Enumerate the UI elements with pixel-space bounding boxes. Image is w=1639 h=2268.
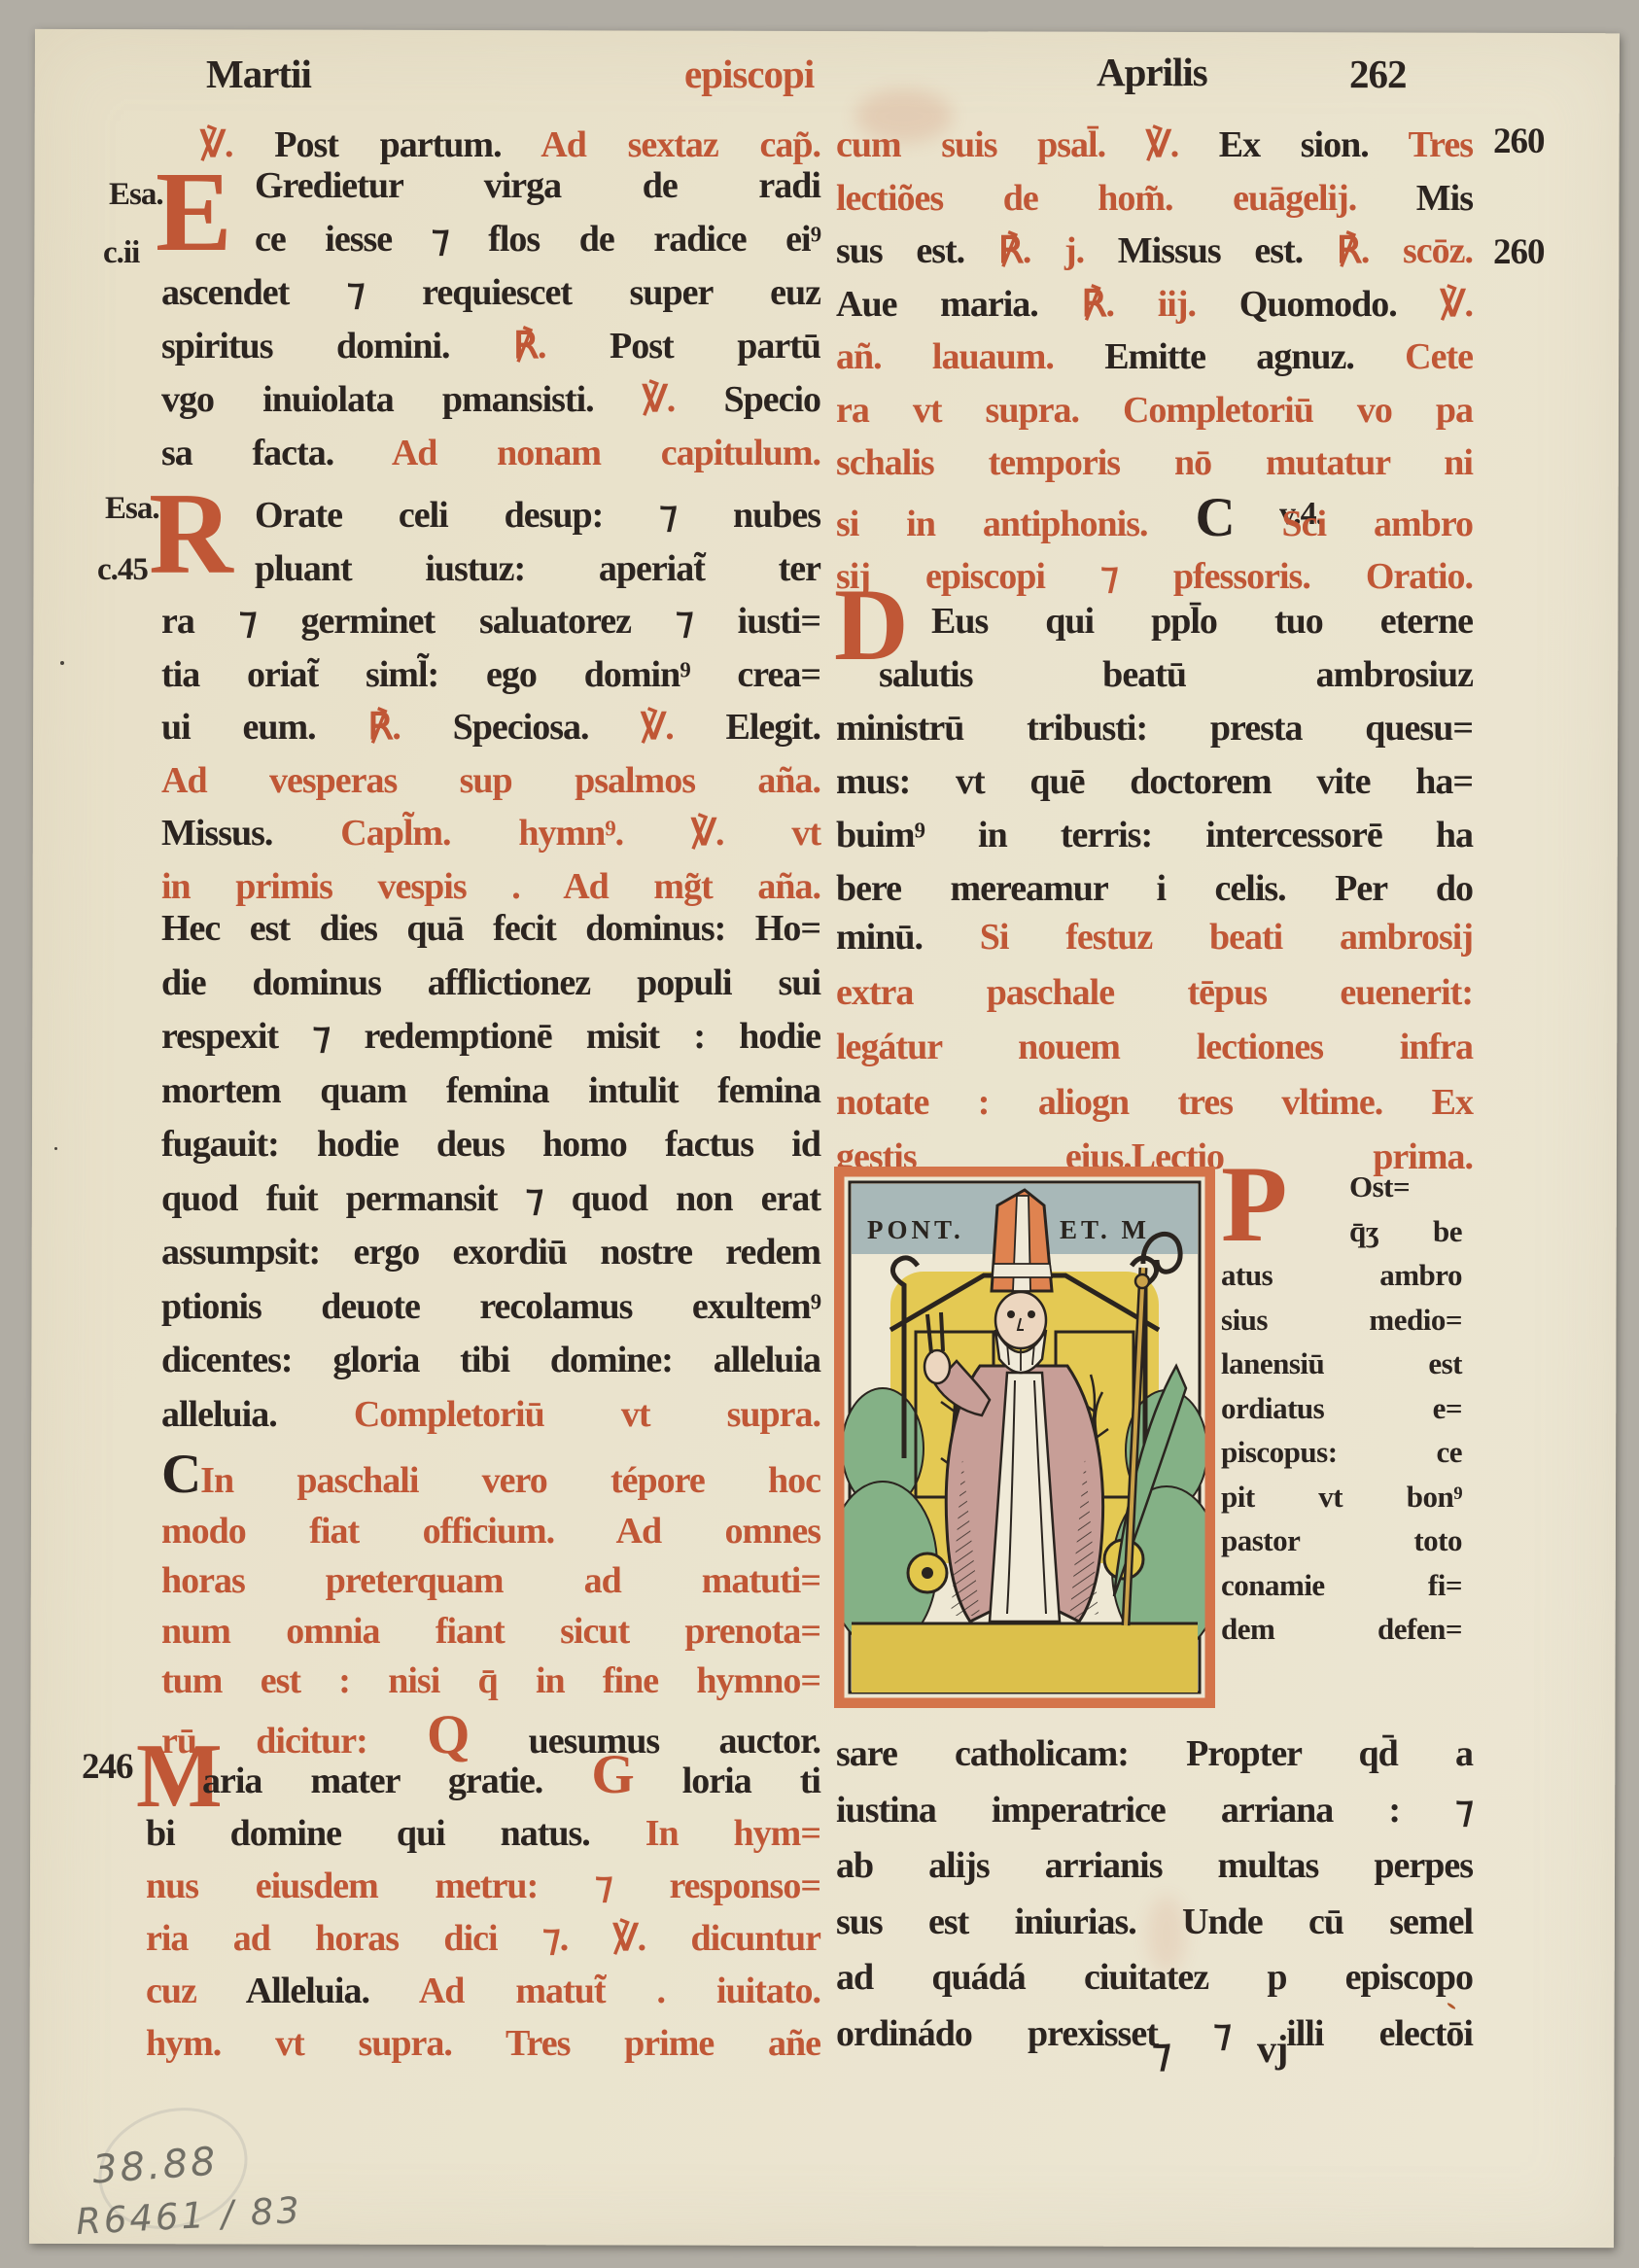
signature-mark: vj [1257,2026,1287,2072]
header-month-left: Martii [206,51,311,97]
text-segment: Emitte agnuz. [1104,336,1405,377]
text-line: buim⁹ in terris: intercessorē ha [836,809,1473,862]
text-segment: Ad matut̃ . iuitato. [419,1971,820,2011]
text-segment: loria ti [634,1761,820,1801]
text-line: Ad vesperas sup psalmos aña. [161,754,820,808]
text-segment: Missus est. [1118,230,1337,271]
text-segment: mortem quam femina intulit femina [161,1070,820,1111]
text-segment: lanensiū est [1221,1346,1462,1380]
woodcut-caption-left: PONT. [867,1215,964,1244]
text-line: schalis temporis nō mutatur ni [836,436,1473,490]
text-line: aria mater gratie. G loria ti [146,1747,820,1807]
text-segment: Sci ambro [1235,504,1473,544]
text-segment: minū. [836,917,980,958]
text-segment: In hym= [645,1813,820,1854]
text-segment: schalis temporis nō mutatur ni [836,442,1473,483]
text-line: atus ambro [1221,1253,1462,1298]
text-segment: Hec est dies quā fecit dominus: Ho= [161,908,820,949]
text-segment: sius medio= [1221,1303,1462,1337]
folio-number: 262 [1349,51,1407,97]
text-segment: extra paschale tēpus euenerit: [836,972,1473,1013]
text-segment: Speciosa. [453,707,642,748]
right-column-rubrics: cum suis psal̄. ℣. Ex sion. Treslectiões… [836,119,1473,604]
text-line: Gredietur virga de radi [161,159,820,213]
text-line: pastor toto [1221,1518,1462,1563]
text-line: alleluia. Completoriū vt supra. [161,1388,820,1443]
text-segment: q̄ʒ be [1349,1214,1462,1248]
text-segment: mus: vt quē doctorem vite ha= [836,761,1473,802]
right-column-below-woodcut: sare catholicam: Propter qd̄ aiustina im… [836,1727,1473,2062]
text-segment: Quomodo. [1239,284,1441,325]
text-segment: notate : aliogn tres vltime. Ex [836,1082,1473,1123]
text-segment: cuz [146,1971,246,2011]
text-line: dicentes: gloria tibi domine: alleluia [161,1334,820,1388]
text-segment: lectiões de hom̃. euāgelij. [836,178,1416,219]
text-line: fugauit: hodie deus homo factus id [161,1118,820,1172]
text-line: ministrū tribusti: presta quesu= [836,702,1473,755]
text-segment: ministrū tribusti: presta quesu= [836,708,1473,749]
text-segment: ab alijs arrianis multas perpes [836,1845,1473,1886]
text-line: Hec est dies quā fecit dominus: Ho= [161,902,820,957]
text-line: sa facta. Ad nonam capitulum. [161,427,820,480]
text-line: si in antiphonis. C Sci ambro [836,490,1473,551]
text-line: num omnia fiant sicut prenota= [161,1607,820,1657]
text-line: Missus. Capl̃m. hymn⁹. ℣. vt [161,807,820,860]
text-line: CIn paschali vero tépore hoc [161,1447,820,1507]
left-column-rorate: Orate celi desup: ⁊ nubespluant iustuz: … [161,489,820,913]
text-line: horas preterquam ad matuti= [161,1556,820,1607]
text-segment: Aue maria. [836,284,1082,325]
text-segment: piscopus: ce [1221,1435,1462,1469]
text-line: tum est : nisi q̄ in fine hymno= [161,1657,820,1707]
scanned-breviary-leaf: { "page": { "background_color": "#b1ada4… [0,0,1639,2268]
right-column-oratio: Eus qui ppl̄o tuo eternesalutis beatū am… [836,595,1473,916]
text-segment: assumpsit: ergo exordiū nostre redem [161,1232,820,1273]
text-segment: Ad nonam capitulum. [392,433,820,473]
text-segment: ℣. [1441,284,1474,325]
text-line: ce iesse ⁊ flos de radice ei⁹ [161,213,820,266]
text-segment: quod fuit permansit ⁊ quod non erat [161,1178,820,1219]
text-segment: Alleluia. [246,1971,419,2011]
text-segment: pastor toto [1221,1523,1462,1557]
text-line: lanensiū est [1221,1342,1462,1386]
text-line: añ. lauaum. Emitte agnuz. Cete [836,331,1473,384]
text-segment: sus est. [836,230,998,271]
text-segment: Eus qui ppl̄o tuo eterne [931,601,1473,642]
text-segment: Si festuz beati ambrosij [980,917,1473,958]
woodcut-blessing-hand [924,1350,950,1383]
signature-tironian-et: ⁊ [1152,2030,1170,2076]
ink-smudge [855,89,953,143]
text-segment: respexit ⁊ redemptionē misit : hodie [161,1016,820,1057]
text-line: bere mereamur i celis. Per do [836,862,1473,916]
text-segment: Capl̃m. hymn⁹. ℣. vt [340,813,820,854]
inline-initial: C [161,1444,200,1505]
text-segment: ℟. scōz. [1337,230,1473,271]
margin-note-chapter-45: c.45 [97,552,148,588]
paper-speck [60,661,64,665]
text-segment: ℣. [641,707,725,748]
text-segment: Cete [1405,336,1473,377]
text-segment: atus ambro [1221,1258,1462,1292]
text-line: sius medio= [1221,1298,1462,1343]
text-segment: sa facta. [161,433,392,473]
text-line: ra vt supra. Completoriū vo pa [836,384,1473,437]
text-segment: Elegit. [726,707,820,748]
text-line: extra paschale tēpus euenerit: [836,965,1473,1021]
text-segment: modo fiat officium. Ad omnes [161,1511,820,1552]
text-segment: legátur nouem lectiones infra [836,1027,1473,1067]
text-line: die dominus afflictionez populi sui [161,957,820,1011]
woodcut-ground [852,1623,1198,1692]
text-line: iustina imperatrice arriana : ⁊ [836,1783,1473,1839]
text-segment: ℟. iij. [1082,284,1239,325]
text-segment: ascendet ⁊ requiescet super euz [161,272,820,313]
text-line: nus eiusdem metru: ⁊ responso= [146,1860,820,1912]
text-segment: die dominus afflictionez populi sui [161,962,820,1003]
text-segment: horas preterquam ad matuti= [161,1560,820,1601]
text-segment: ordiatus e= [1221,1391,1462,1425]
ink-smudge [1147,1896,1186,1973]
inline-initial: C [1195,487,1234,548]
woodcut-caption-right: ET. M [1060,1215,1150,1244]
text-segment: Tres [1409,124,1473,165]
text-line: sus est. ℟. j. Missus est. ℟. scōz. [836,225,1473,278]
text-line: piscopus: ce [1221,1430,1462,1475]
text-line: pit vt bon⁹ [1221,1475,1462,1519]
text-segment: ra vt supra. Completoriū vo pa [836,390,1473,431]
header-month-right: Aprilis [1097,49,1207,95]
text-segment: dem defen= [1221,1612,1462,1646]
left-column-maria-mater: aria mater gratie. G loria tibi domine q… [146,1747,820,2070]
text-segment: vgo inuiolata pmansisti. [161,379,643,420]
text-line: Eus qui ppl̄o tuo eterne [836,595,1473,648]
text-segment: Orate celi desup: ⁊ nubes [255,495,820,536]
text-line: pluant iustuz: aperiat̃ ter [161,542,820,596]
right-column-si-festum: minū. Si festuz beati ambrosijextra pasc… [836,910,1473,1185]
text-line: ria ad horas dici ⁊. ℣. dicuntur [146,1912,820,1965]
text-segment: ptionis deuote recolamus exultem⁹ [161,1286,820,1327]
text-line: lectiões de hom̃. euāgelij. Mis [836,172,1473,226]
text-line: respexit ⁊ redemptionē misit : hodie [161,1010,820,1064]
text-line: ra ⁊ germinet saluatorez ⁊ iusti= [161,595,820,648]
text-line: legátur nouem lectiones infra [836,1020,1473,1075]
text-segment: ℟. j. [998,230,1118,271]
text-segment: Post partū [610,326,820,366]
margin-note-260-a: 260 [1493,121,1545,162]
text-line: Orate celi desup: ⁊ nubes [161,489,820,542]
paper-speck [54,1147,57,1150]
text-line: ab alijs arrianis multas perpes [836,1838,1473,1895]
text-line: Ost= [1221,1165,1462,1209]
text-line: salutis beatū ambrosiuz [836,648,1473,702]
text-line: ui eum. ℟. Speciosa. ℣. Elegit. [161,701,820,754]
text-segment: spiritus domini. [161,326,513,366]
left-column-hec-est-dies: Hec est dies quā fecit dominus: Ho=die d… [161,902,820,1442]
text-segment: ℟. [367,707,452,748]
text-segment: ria ad horas dici ⁊. ℣. dicuntur [146,1918,820,1959]
text-segment: ℣. [643,379,724,420]
right-column-beside-woodcut: Ost=q̄ʒ beatus ambrosius medio=lanensiū … [1221,1165,1462,1652]
text-segment: sij episcopi ⁊ pfessoris. Oratio. [836,556,1473,597]
text-line: vgo inuiolata pmansisti. ℣. Specio [161,373,820,427]
text-line: notate : aliogn tres vltime. Ex [836,1075,1473,1131]
margin-note-246: 246 [82,1746,133,1788]
text-segment: Completoriū vt supra. [354,1394,820,1435]
text-segment: num omnia fiant sicut prenota= [161,1611,820,1652]
text-segment: bere mereamur i celis. Per do [836,868,1473,909]
text-segment: In paschali vero tépore hoc [200,1460,820,1501]
text-segment: bi domine qui natus. [146,1813,645,1854]
text-line: ascendet ⁊ requiescet super euz [161,266,820,320]
text-segment: tum est : nisi q̄ in fine hymno= [161,1660,820,1701]
text-line: assumpsit: ergo exordiū nostre redem [161,1226,820,1280]
text-segment: Ost= [1349,1169,1410,1204]
inline-initial: G [591,1744,633,1805]
text-segment: nus eiusdem metru: ⁊ responso= [146,1866,820,1906]
text-line: cuz Alleluia. Ad matut̃ . iuitato. [146,1965,820,2017]
text-line: minū. Si festuz beati ambrosij [836,910,1473,965]
text-segment: Ad vesperas sup psalmos aña. [161,760,820,801]
header-section-title: episcopi [684,51,814,97]
text-segment: pluant iustuz: aperiat̃ ter [255,548,820,589]
text-segment: dicentes: gloria tibi domine: alleluia [161,1340,820,1380]
text-line: ptionis deuote recolamus exultem⁹ [161,1280,820,1335]
woodcut-bishop-enthroned: PONT. ET. M [834,1167,1215,1708]
text-segment: alleluia. [161,1394,354,1435]
text-segment: ce iesse ⁊ flos de radice ei⁹ [255,219,820,260]
text-segment: Gredietur virga de radi [255,165,820,206]
pencil-accession-number: 38.88 [91,2140,220,2193]
text-segment: salutis beatū ambrosiuz [879,654,1473,695]
text-segment: Specio [723,379,820,420]
text-line: spiritus domini. ℟. Post partū [161,320,820,373]
text-segment: pit vt bon⁹ [1221,1480,1462,1514]
text-segment: aria mater gratie. [202,1761,591,1801]
left-column-egredietur: Gredietur virga de radice iesse ⁊ flos d… [161,159,820,480]
text-line: conamie fi= [1221,1563,1462,1608]
text-line: hym. vt supra. Tres prime añe [146,2017,820,2070]
text-line: ordiatus e= [1221,1386,1462,1431]
text-line: bi domine qui natus. In hym= [146,1807,820,1860]
text-line: tia oriat̃ siml̃: ego domin⁹ crea= [161,648,820,702]
text-segment: fugauit: hodie deus homo factus id [161,1124,820,1165]
text-line: quod fuit permansit ⁊ quod non erat [161,1172,820,1227]
text-segment: iustina imperatrice arriana : ⁊ [836,1790,1473,1831]
text-segment: Mis [1416,178,1473,219]
text-line: modo fiat officium. Ad omnes [161,1507,820,1557]
text-line: sare catholicam: Propter qd̄ a [836,1727,1473,1783]
text-segment: buim⁹ in terris: intercessorē ha [836,815,1473,855]
text-segment: sare catholicam: Propter qd̄ a [836,1733,1473,1774]
text-segment: añ. lauaum. [836,336,1104,377]
text-segment: tia oriat̃ siml̃: ego domin⁹ crea= [161,654,820,695]
text-line: dem defen= [1221,1607,1462,1652]
text-line: Aue maria. ℟. iij. Quomodo. ℣. [836,278,1473,331]
text-line: q̄ʒ be [1221,1209,1462,1254]
margin-note-chapter-2: c.ii [103,235,139,271]
text-segment: Ex sion. [1219,124,1409,165]
left-column-paschal-rubric: CIn paschali vero tépore hocmodo fiat of… [161,1447,820,1766]
text-line: mus: vt quē doctorem vite ha= [836,755,1473,809]
text-segment: ui eum. [161,707,367,748]
margin-note-260-b: 260 [1493,231,1545,273]
text-line: mortem quam femina intulit femina [161,1064,820,1119]
text-segment: ra ⁊ germinet saluatorez ⁊ iusti= [161,601,820,642]
text-segment: ℟. [513,326,610,366]
text-segment: hym. vt supra. Tres prime añe [146,2023,820,2064]
text-segment: si in antiphonis. [836,504,1195,544]
text-segment: in primis vespis . Ad mg̃t aña. [161,866,820,907]
text-segment: Missus. [161,813,340,854]
text-segment: conamie fi= [1221,1568,1462,1602]
